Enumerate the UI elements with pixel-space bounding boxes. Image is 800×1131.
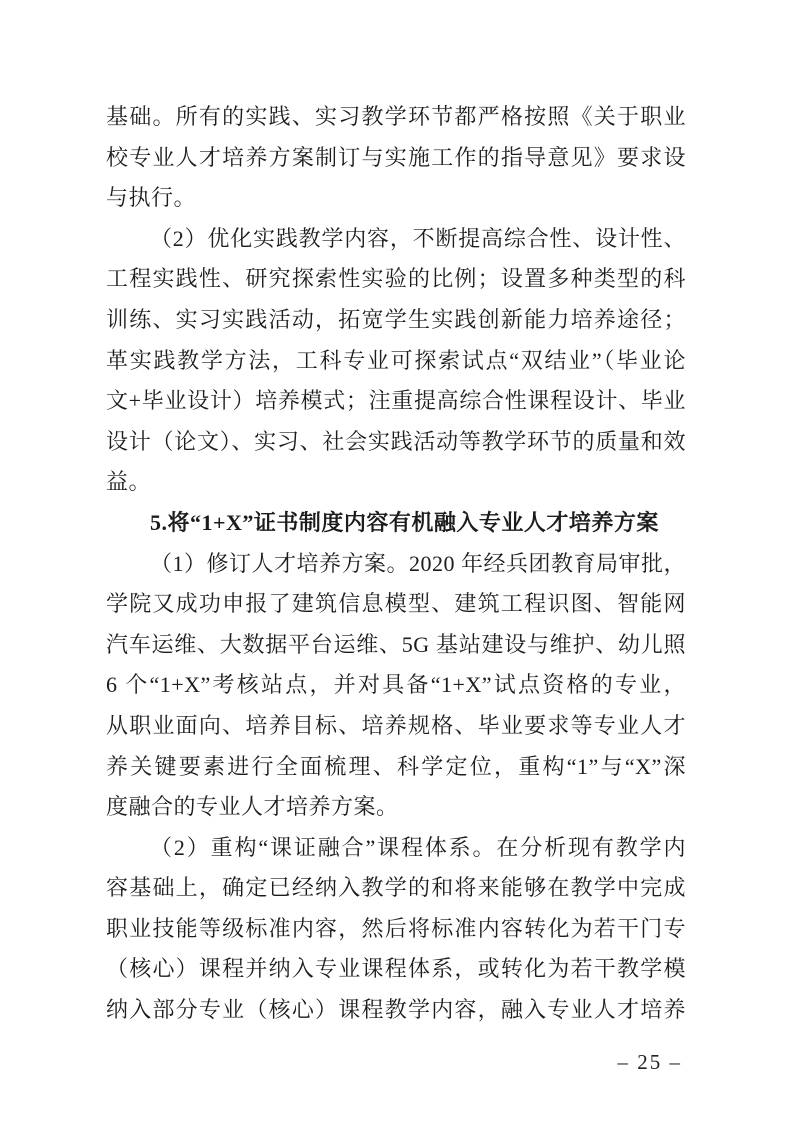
text-line: 革实践教学方法，工科专业可探索试点“双结业”（毕业论 (106, 341, 686, 382)
text-line: 度融合的专业人才培养方案。 (106, 787, 686, 828)
text-line: 汽车运维、大数据平台运维、5G 基站建设与维护、幼儿照护 (106, 625, 686, 666)
text-line: 纳入部分专业（核心）课程教学内容，融入专业人才培养方 (106, 990, 686, 1031)
text-line: （1）修订人才培养方案。2020 年经兵团教育局审批， (106, 544, 686, 585)
text-line: 容基础上，确定已经纳入教学的和将来能够在教学中完成的 (106, 868, 686, 909)
text-line: 设计（论文）、实习、社会实践活动等教学环节的质量和效 (106, 422, 686, 463)
section-heading: 5.将“1+X”证书制度内容有机融入专业人才培养方案 (106, 503, 686, 544)
text-line: 6 个“1+X”考核站点，并对具备“1+X”试点资格的专业， (106, 665, 686, 706)
text-line: （2）优化实践教学内容，不断提高综合性、设计性、 (106, 219, 686, 260)
text-line: 养关键要素进行全面梳理、科学定位，重构“1”与“X”深 (106, 747, 686, 788)
text-line: 益。 (106, 462, 686, 503)
text-line: 5.将“1+X”证书制度内容有机融入专业人才培养方案 (106, 503, 686, 544)
text-line: 基础。所有的实践、实习教学环节都严格按照《关于职业院 (106, 97, 686, 138)
text-line: 文+毕业设计）培养模式；注重提高综合性课程设计、毕业 (106, 381, 686, 422)
paragraph: 基础。所有的实践、实习教学环节都严格按照《关于职业院校专业人才培养方案制订与实施… (106, 97, 686, 219)
paragraph: （2）优化实践教学内容，不断提高综合性、设计性、工程实践性、研究探索性实验的比例… (106, 219, 686, 503)
document-body: 基础。所有的实践、实习教学环节都严格按照《关于职业院校专业人才培养方案制订与实施… (106, 97, 686, 1031)
document-page: 基础。所有的实践、实习教学环节都严格按照《关于职业院校专业人才培养方案制订与实施… (0, 0, 800, 1131)
paragraph: （2）重构“课证融合”课程体系。在分析现有教学内容基础上，确定已经纳入教学的和将… (106, 828, 686, 1031)
text-line: （2）重构“课证融合”课程体系。在分析现有教学内 (106, 828, 686, 869)
text-line: 校专业人才培养方案制订与实施工作的指导意见》要求设定 (106, 138, 686, 179)
text-line: 职业技能等级标准内容，然后将标准内容转化为若干门专业 (106, 909, 686, 950)
text-line: 学院又成功申报了建筑信息模型、建筑工程识图、智能网联 (106, 584, 686, 625)
text-line: 工程实践性、研究探索性实验的比例；设置多种类型的科研 (106, 259, 686, 300)
page-number: – 25 – (618, 1048, 683, 1076)
text-line: 与执行。 (106, 178, 686, 219)
paragraph: （1）修订人才培养方案。2020 年经兵团教育局审批，学院又成功申报了建筑信息模… (106, 544, 686, 828)
text-line: 从职业面向、培养目标、培养规格、毕业要求等专业人才培 (106, 706, 686, 747)
text-line: 训练、实习实践活动，拓宽学生实践创新能力培养途径；改 (106, 300, 686, 341)
text-line: （核心）课程并纳入专业课程体系，或转化为若干教学模块 (106, 949, 686, 990)
